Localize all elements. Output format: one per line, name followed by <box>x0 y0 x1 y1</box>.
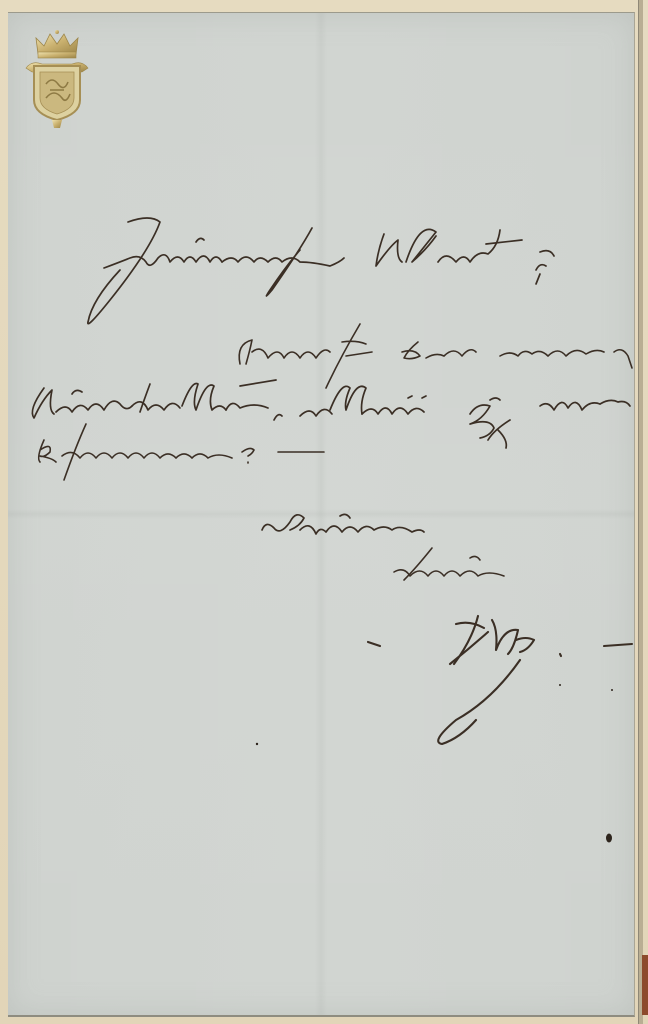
closing-line-1-strokes <box>262 514 424 534</box>
body-line-2-strokes <box>32 380 630 448</box>
ink-specks <box>256 684 613 843</box>
body-line-3-strokes <box>39 424 324 480</box>
handwriting-strokes <box>0 0 648 1024</box>
closing-line-2-strokes <box>394 548 504 580</box>
body-line-1-strokes <box>239 324 632 388</box>
signature-strokes <box>368 616 632 744</box>
salutation-strokes <box>88 218 554 324</box>
